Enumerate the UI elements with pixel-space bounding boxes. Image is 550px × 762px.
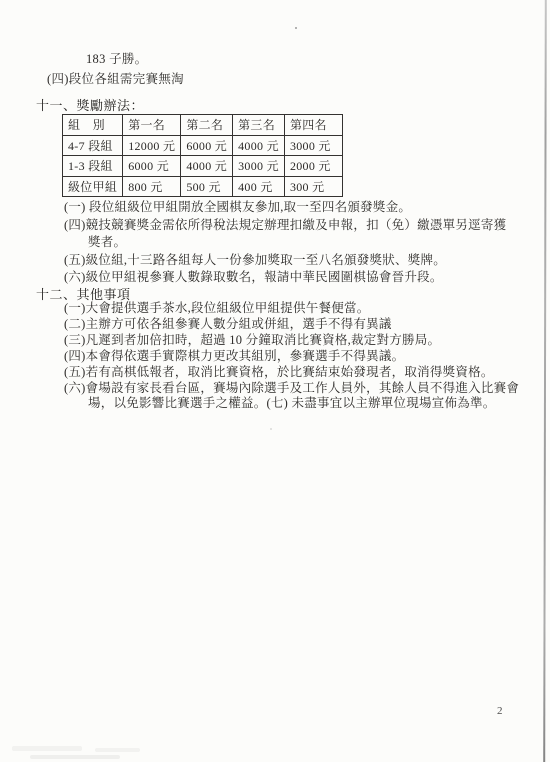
scan-noise bbox=[30, 755, 120, 759]
section-12-notes: (一)大會提供選手茶水,段位組級位甲組提供午餐便當。 (二)主辦方可依各組參賽人… bbox=[64, 301, 519, 412]
table-header-cell-third: 第三名 bbox=[233, 115, 285, 136]
scan-noise bbox=[12, 746, 82, 751]
note-line: (四)競技競賽獎金需依所得稅法規定辦理扣繳及申報，扣（免）繳憑單另逕寄獲 bbox=[64, 217, 506, 235]
scan-noise bbox=[270, 428, 272, 430]
table-cell: 1-3 段組 bbox=[63, 156, 123, 177]
note-line: (一)大會提供選手茶水,段位組級位甲組提供午餐便當。 bbox=[64, 301, 519, 317]
table-header-cell-second: 第二名 bbox=[181, 115, 233, 136]
table-cell: 800 元 bbox=[123, 176, 181, 197]
page-number: 2 bbox=[497, 705, 503, 717]
table-cell: 級位甲組 bbox=[63, 176, 123, 197]
table-cell: 400 元 bbox=[233, 176, 285, 197]
note-line: (六)會場設有家長看台區，賽場內除選手及工作人員外，其餘人員不得進入比賽會 bbox=[64, 381, 519, 397]
table-row: 級位甲組 800 元 500 元 400 元 300 元 bbox=[63, 176, 343, 197]
note-line-continuation: 場，以免影響比賽選手之權益。(七) 未盡事宜以主辦單位現場宣佈為準。 bbox=[88, 396, 519, 412]
table-row: 4-7 段組 12000 元 6000 元 4000 元 3000 元 bbox=[63, 135, 343, 156]
table-cell: 2000 元 bbox=[284, 156, 342, 177]
section-11-heading: 十一、獎勵辦法： bbox=[36, 95, 144, 114]
note-line-continuation: 獎者。 bbox=[88, 234, 506, 252]
table-header-cell-fourth: 第四名 bbox=[284, 115, 342, 136]
note-line: (四)本會得依選手實際棋力更改其組別，參賽選手不得異議。 bbox=[64, 349, 519, 365]
scan-edge-line bbox=[543, 0, 547, 762]
table-header-cell-first: 第一名 bbox=[123, 115, 181, 136]
table-cell: 4000 元 bbox=[181, 156, 233, 177]
table-cell: 12000 元 bbox=[123, 135, 181, 156]
scan-noise bbox=[295, 27, 297, 29]
prize-table: 組 別 第一名 第二名 第三名 第四名 4-7 段組 12000 元 6000 … bbox=[62, 114, 343, 197]
table-cell: 3000 元 bbox=[284, 135, 342, 156]
note-line: (二)主辦方可依各組參賽人數分組或併組，選手不得有異議 bbox=[64, 317, 519, 333]
table-cell: 3000 元 bbox=[233, 156, 285, 177]
section-11-notes: (一) 段位組級位甲組開放全國棋友參加,取一至四名頒發獎金。 (四)競技競賽獎金… bbox=[64, 199, 506, 287]
table-cell: 300 元 bbox=[284, 176, 342, 197]
table-cell: 6000 元 bbox=[123, 156, 181, 177]
pre-section-line-1: 183 子勝。 bbox=[86, 51, 147, 68]
pre-section-line-2: (四)段位各組需完賽無淘 bbox=[47, 71, 184, 88]
table-cell: 4-7 段組 bbox=[63, 135, 123, 156]
table-cell: 500 元 bbox=[181, 176, 233, 197]
note-line: (五)級位組,十三路各組每人一份參加獎取一至八名頒發獎狀、獎牌。 bbox=[64, 252, 506, 270]
table-cell: 4000 元 bbox=[233, 135, 285, 156]
prize-table-header-row: 組 別 第一名 第二名 第三名 第四名 bbox=[63, 115, 343, 136]
note-line: (五)若有高棋低報者，取消比賽資格，於比賽結束始發現者，取消得獎資格。 bbox=[64, 365, 519, 381]
note-line: (三)凡遲到者加倍扣時，超過 10 分鐘取消比賽資格,裁定對方勝局。 bbox=[64, 333, 519, 349]
scanned-document-page: 183 子勝。 (四)段位各組需完賽無淘 十一、獎勵辦法： 組 別 第一名 第二… bbox=[0, 0, 550, 762]
table-row: 1-3 段組 6000 元 4000 元 3000 元 2000 元 bbox=[63, 156, 343, 177]
note-line: (一) 段位組級位甲組開放全國棋友參加,取一至四名頒發獎金。 bbox=[64, 199, 506, 217]
scan-noise bbox=[95, 748, 140, 752]
table-cell: 6000 元 bbox=[181, 135, 233, 156]
table-header-cell-group: 組 別 bbox=[63, 115, 123, 136]
